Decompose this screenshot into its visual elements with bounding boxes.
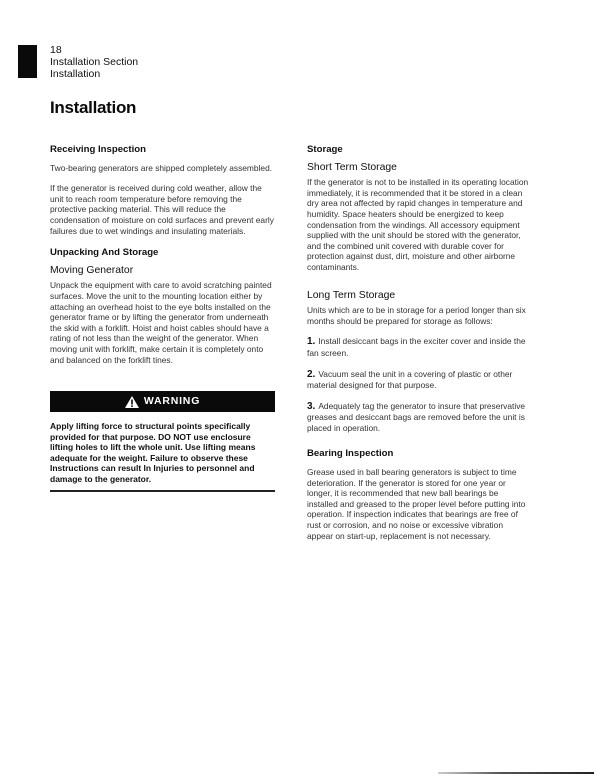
long-term-storage-subheading: Long Term Storage [307,291,529,302]
warning-banner: WARNING [50,391,275,412]
page-header: 18 Installation Section Installation [50,44,138,80]
footer-rule [438,772,594,774]
receiving-inspection-heading: Receiving Inspection [50,145,275,156]
bearing-inspection-heading: Bearing Inspection [307,449,529,460]
left-column: Receiving Inspection Two-bearing generat… [50,145,275,492]
short-term-storage-subheading: Short Term Storage [307,163,529,174]
long-term-step-1: 1.Install desiccant bags in the exciter … [307,336,529,358]
short-term-storage-paragraph: If the generator is not to be installed … [307,177,529,272]
step-text: Install desiccant bags in the exciter co… [307,336,526,358]
step-number: 2. [307,369,315,380]
receiving-paragraph-1: Two-bearing generators are shipped compl… [50,163,275,174]
moving-generator-subheading: Moving Generator [50,266,275,277]
page-number: 18 [50,44,138,56]
header-subsection: Installation [50,68,138,80]
bearing-inspection-paragraph: Grease used in ball bearing generators i… [307,467,529,541]
page-title: Installation [50,98,136,118]
step-text: Adequately tag the generator to insure t… [307,401,525,433]
step-number: 3. [307,401,315,412]
step-text: Vacuum seal the unit in a covering of pl… [307,369,512,391]
right-column: Storage Short Term Storage If the genera… [307,145,529,551]
moving-generator-paragraph: Unpack the equipment with care to avoid … [50,280,275,365]
long-term-step-3: 3.Adequately tag the generator to insure… [307,401,529,434]
section-tab-marker [18,45,37,78]
warning-label: WARNING [144,396,200,407]
long-term-storage-intro: Units which are to be in storage for a p… [307,305,529,326]
warning-text: Apply lifting force to structural points… [50,421,275,492]
receiving-paragraph-2: If the generator is received during cold… [50,183,275,236]
header-section: Installation Section [50,56,138,68]
step-number: 1. [307,336,315,347]
long-term-step-2: 2.Vacuum seal the unit in a covering of … [307,369,529,391]
warning-triangle-icon [125,396,139,408]
unpacking-heading: Unpacking And Storage [50,248,275,259]
storage-heading: Storage [307,145,529,156]
